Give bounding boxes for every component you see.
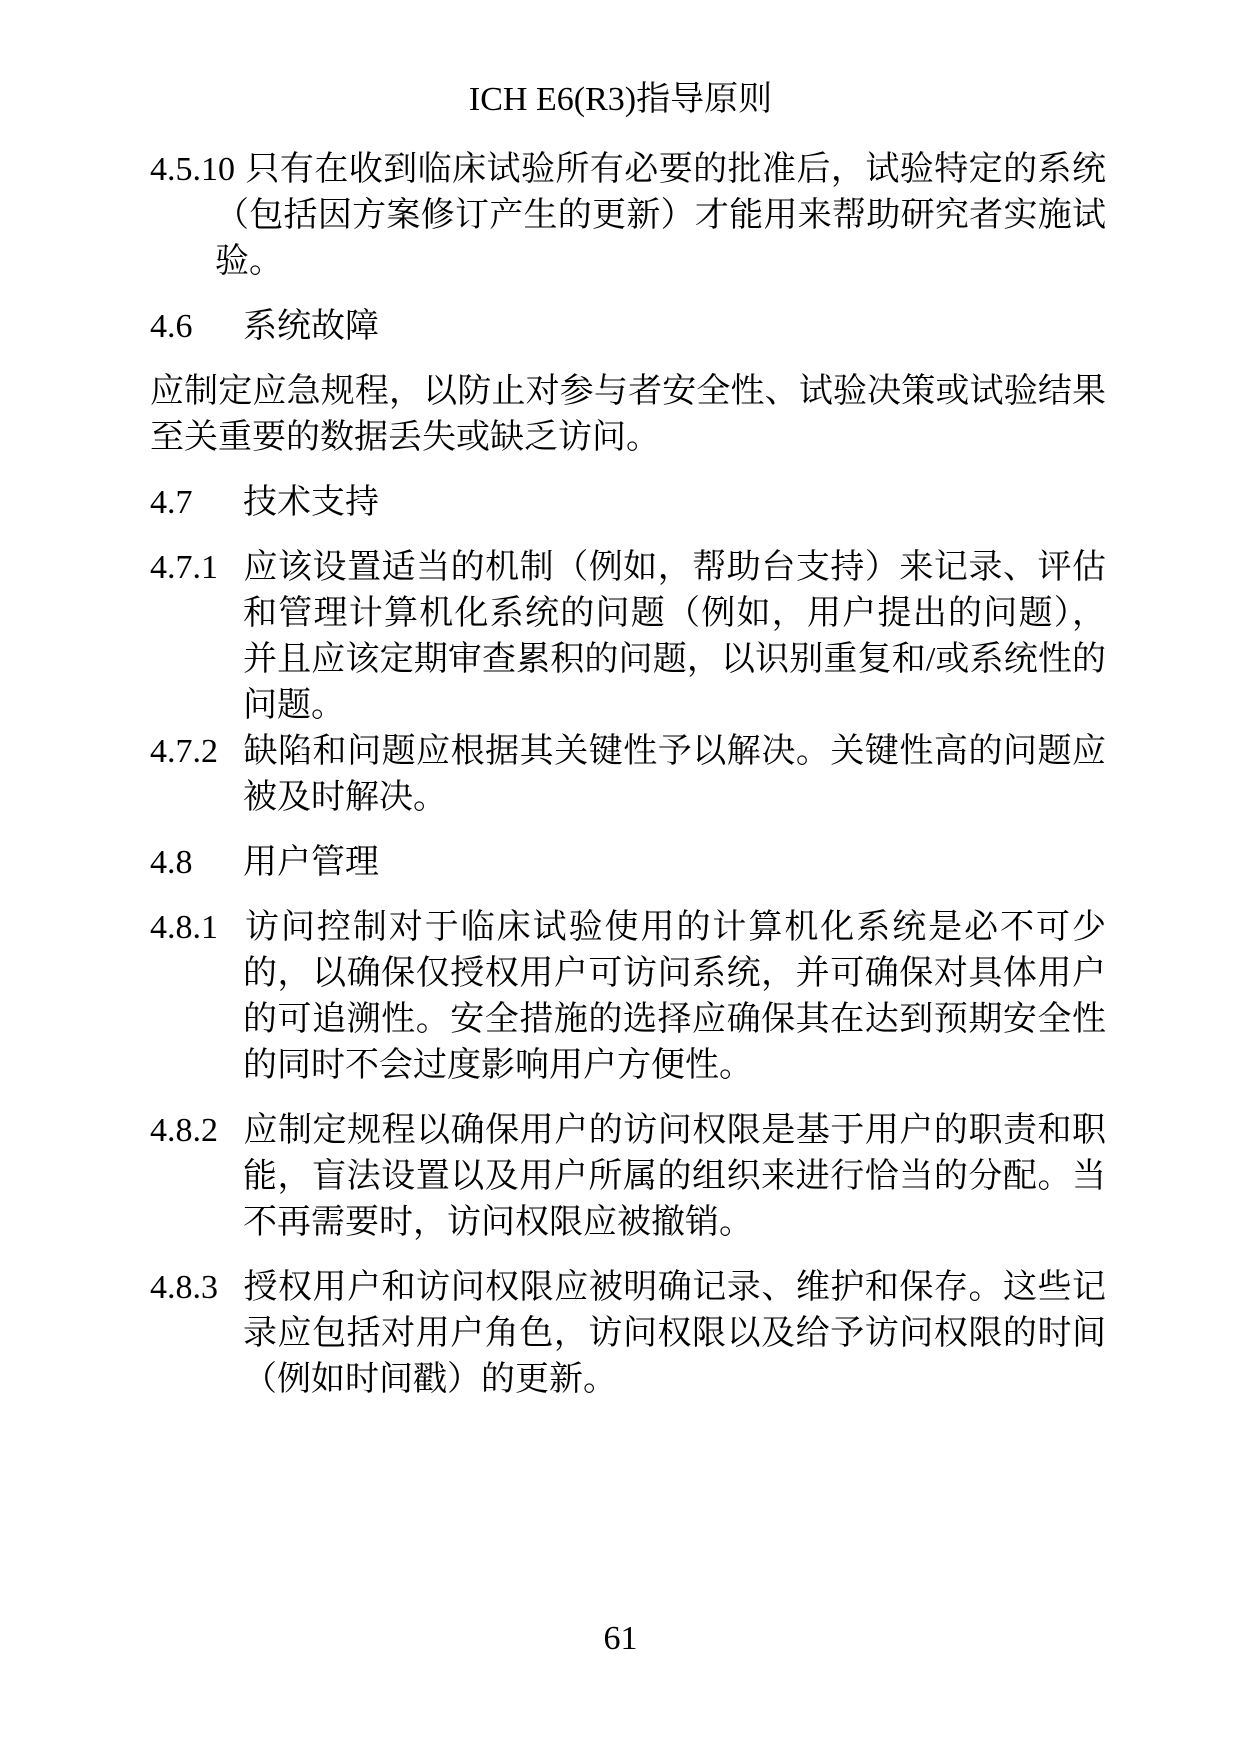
page-number: 61 bbox=[0, 1616, 1241, 1662]
clause-number: 4.8.3 bbox=[150, 1265, 243, 1311]
clause-number: 4.7.2 bbox=[150, 729, 243, 775]
clause-text: 应制定规程以确保用户的访问权限是基于用户的职责和职能，盲法设置以及用户所属的组织… bbox=[243, 1112, 1106, 1241]
clause-text: 缺陷和问题应根据其关键性予以解决。关键性高的问题应被及时解决。 bbox=[243, 733, 1106, 816]
clause-number: 4.5.10 bbox=[150, 147, 245, 193]
clause-text: 授权用户和访问权限应被明确记录、维护和保存。这些记录应包括对用户角色，访问权限以… bbox=[243, 1269, 1106, 1398]
section-number: 4.7 bbox=[150, 480, 243, 526]
clause-number: 4.8.1 bbox=[150, 905, 243, 951]
clause-text: 应该设置适当的机制（例如，帮助台支持）来记录、评估和管理计算机化系统的问题（例如… bbox=[243, 549, 1106, 724]
section-number: 4.8 bbox=[150, 840, 243, 886]
section-heading: 4.8用户管理 bbox=[150, 840, 1106, 886]
body-paragraph: 应制定应急规程，以防止对参与者安全性、试验决策或试验结果至关重要的数据丢失或缺乏… bbox=[150, 369, 1106, 461]
numbered-clause: 4.7.1应该设置适当的机制（例如，帮助台支持）来记录、评估和管理计算机化系统的… bbox=[150, 545, 1106, 729]
numbered-clause: 4.8.2应制定规程以确保用户的访问权限是基于用户的职责和职能，盲法设置以及用户… bbox=[150, 1108, 1106, 1246]
numbered-clause: 4.7.2缺陷和问题应根据其关键性予以解决。关键性高的问题应被及时解决。 bbox=[150, 729, 1106, 821]
numbered-clause: 4.5.10只有在收到临床试验所有必要的批准后，试验特定的系统（包括因方案修订产… bbox=[150, 147, 1106, 285]
section-title: 技术支持 bbox=[243, 484, 379, 521]
clause-text: 只有在收到临床试验所有必要的批准后，试验特定的系统（包括因方案修订产生的更新）才… bbox=[215, 151, 1106, 280]
clause-text: 访问控制对于临床试验使用的计算机化系统是必不可少的，以确保仅授权用户可访问系统，… bbox=[243, 909, 1106, 1084]
section-heading: 4.7技术支持 bbox=[150, 480, 1106, 526]
document-body: 4.5.10只有在收到临床试验所有必要的批准后，试验特定的系统（包括因方案修订产… bbox=[150, 147, 1106, 1403]
numbered-clause: 4.8.1访问控制对于临床试验使用的计算机化系统是必不可少的，以确保仅授权用户可… bbox=[150, 905, 1106, 1089]
document-page: ICH E6(R3)指导原则 4.5.10只有在收到临床试验所有必要的批准后，试… bbox=[0, 0, 1241, 1755]
section-title: 用户管理 bbox=[243, 844, 379, 881]
section-title: 系统故障 bbox=[243, 308, 379, 345]
document-title: ICH E6(R3)指导原则 bbox=[0, 77, 1241, 123]
clause-number: 4.8.2 bbox=[150, 1108, 243, 1154]
clause-number: 4.7.1 bbox=[150, 545, 243, 591]
numbered-clause: 4.8.3授权用户和访问权限应被明确记录、维护和保存。这些记录应包括对用户角色，… bbox=[150, 1265, 1106, 1403]
clause-text: 应制定应急规程，以防止对参与者安全性、试验决策或试验结果至关重要的数据丢失或缺乏… bbox=[150, 373, 1106, 456]
section-number: 4.6 bbox=[150, 304, 243, 350]
section-heading: 4.6系统故障 bbox=[150, 304, 1106, 350]
